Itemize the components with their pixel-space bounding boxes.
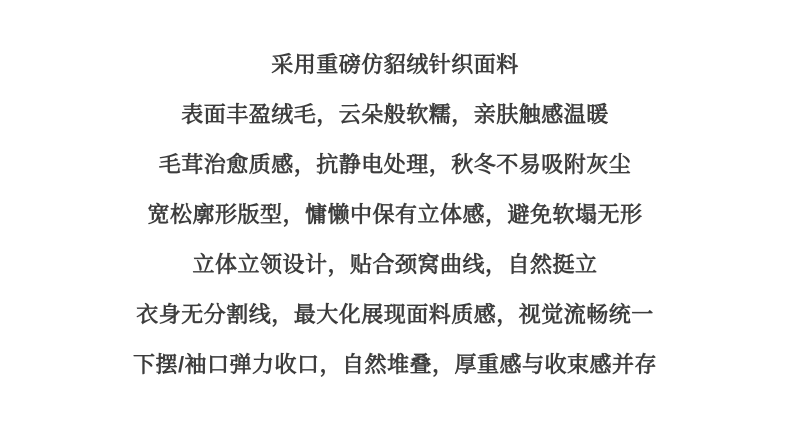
feature-line: 宽松廓形版型，慵懒中保有立体感，避免软塌无形	[0, 190, 790, 240]
feature-line: 毛茸治愈质感，抗静电处理，秋冬不易吸附灰尘	[0, 140, 790, 190]
product-description-image: 采用重磅仿貂绒针织面料 表面丰盈绒毛，云朵般软糯，亲肤触感温暖 毛茸治愈质感，抗…	[0, 0, 790, 436]
feature-text-block: 采用重磅仿貂绒针织面料 表面丰盈绒毛，云朵般软糯，亲肤触感温暖 毛茸治愈质感，抗…	[0, 0, 790, 390]
feature-line: 下摆/袖口弹力收口，自然堆叠，厚重感与收束感并存	[0, 340, 790, 390]
feature-line: 表面丰盈绒毛，云朵般软糯，亲肤触感温暖	[0, 90, 790, 140]
feature-line: 衣身无分割线，最大化展现面料质感，视觉流畅统一	[0, 290, 790, 340]
page-title: 采用重磅仿貂绒针织面料	[0, 40, 790, 90]
feature-line: 立体立领设计，贴合颈窝曲线，自然挺立	[0, 240, 790, 290]
